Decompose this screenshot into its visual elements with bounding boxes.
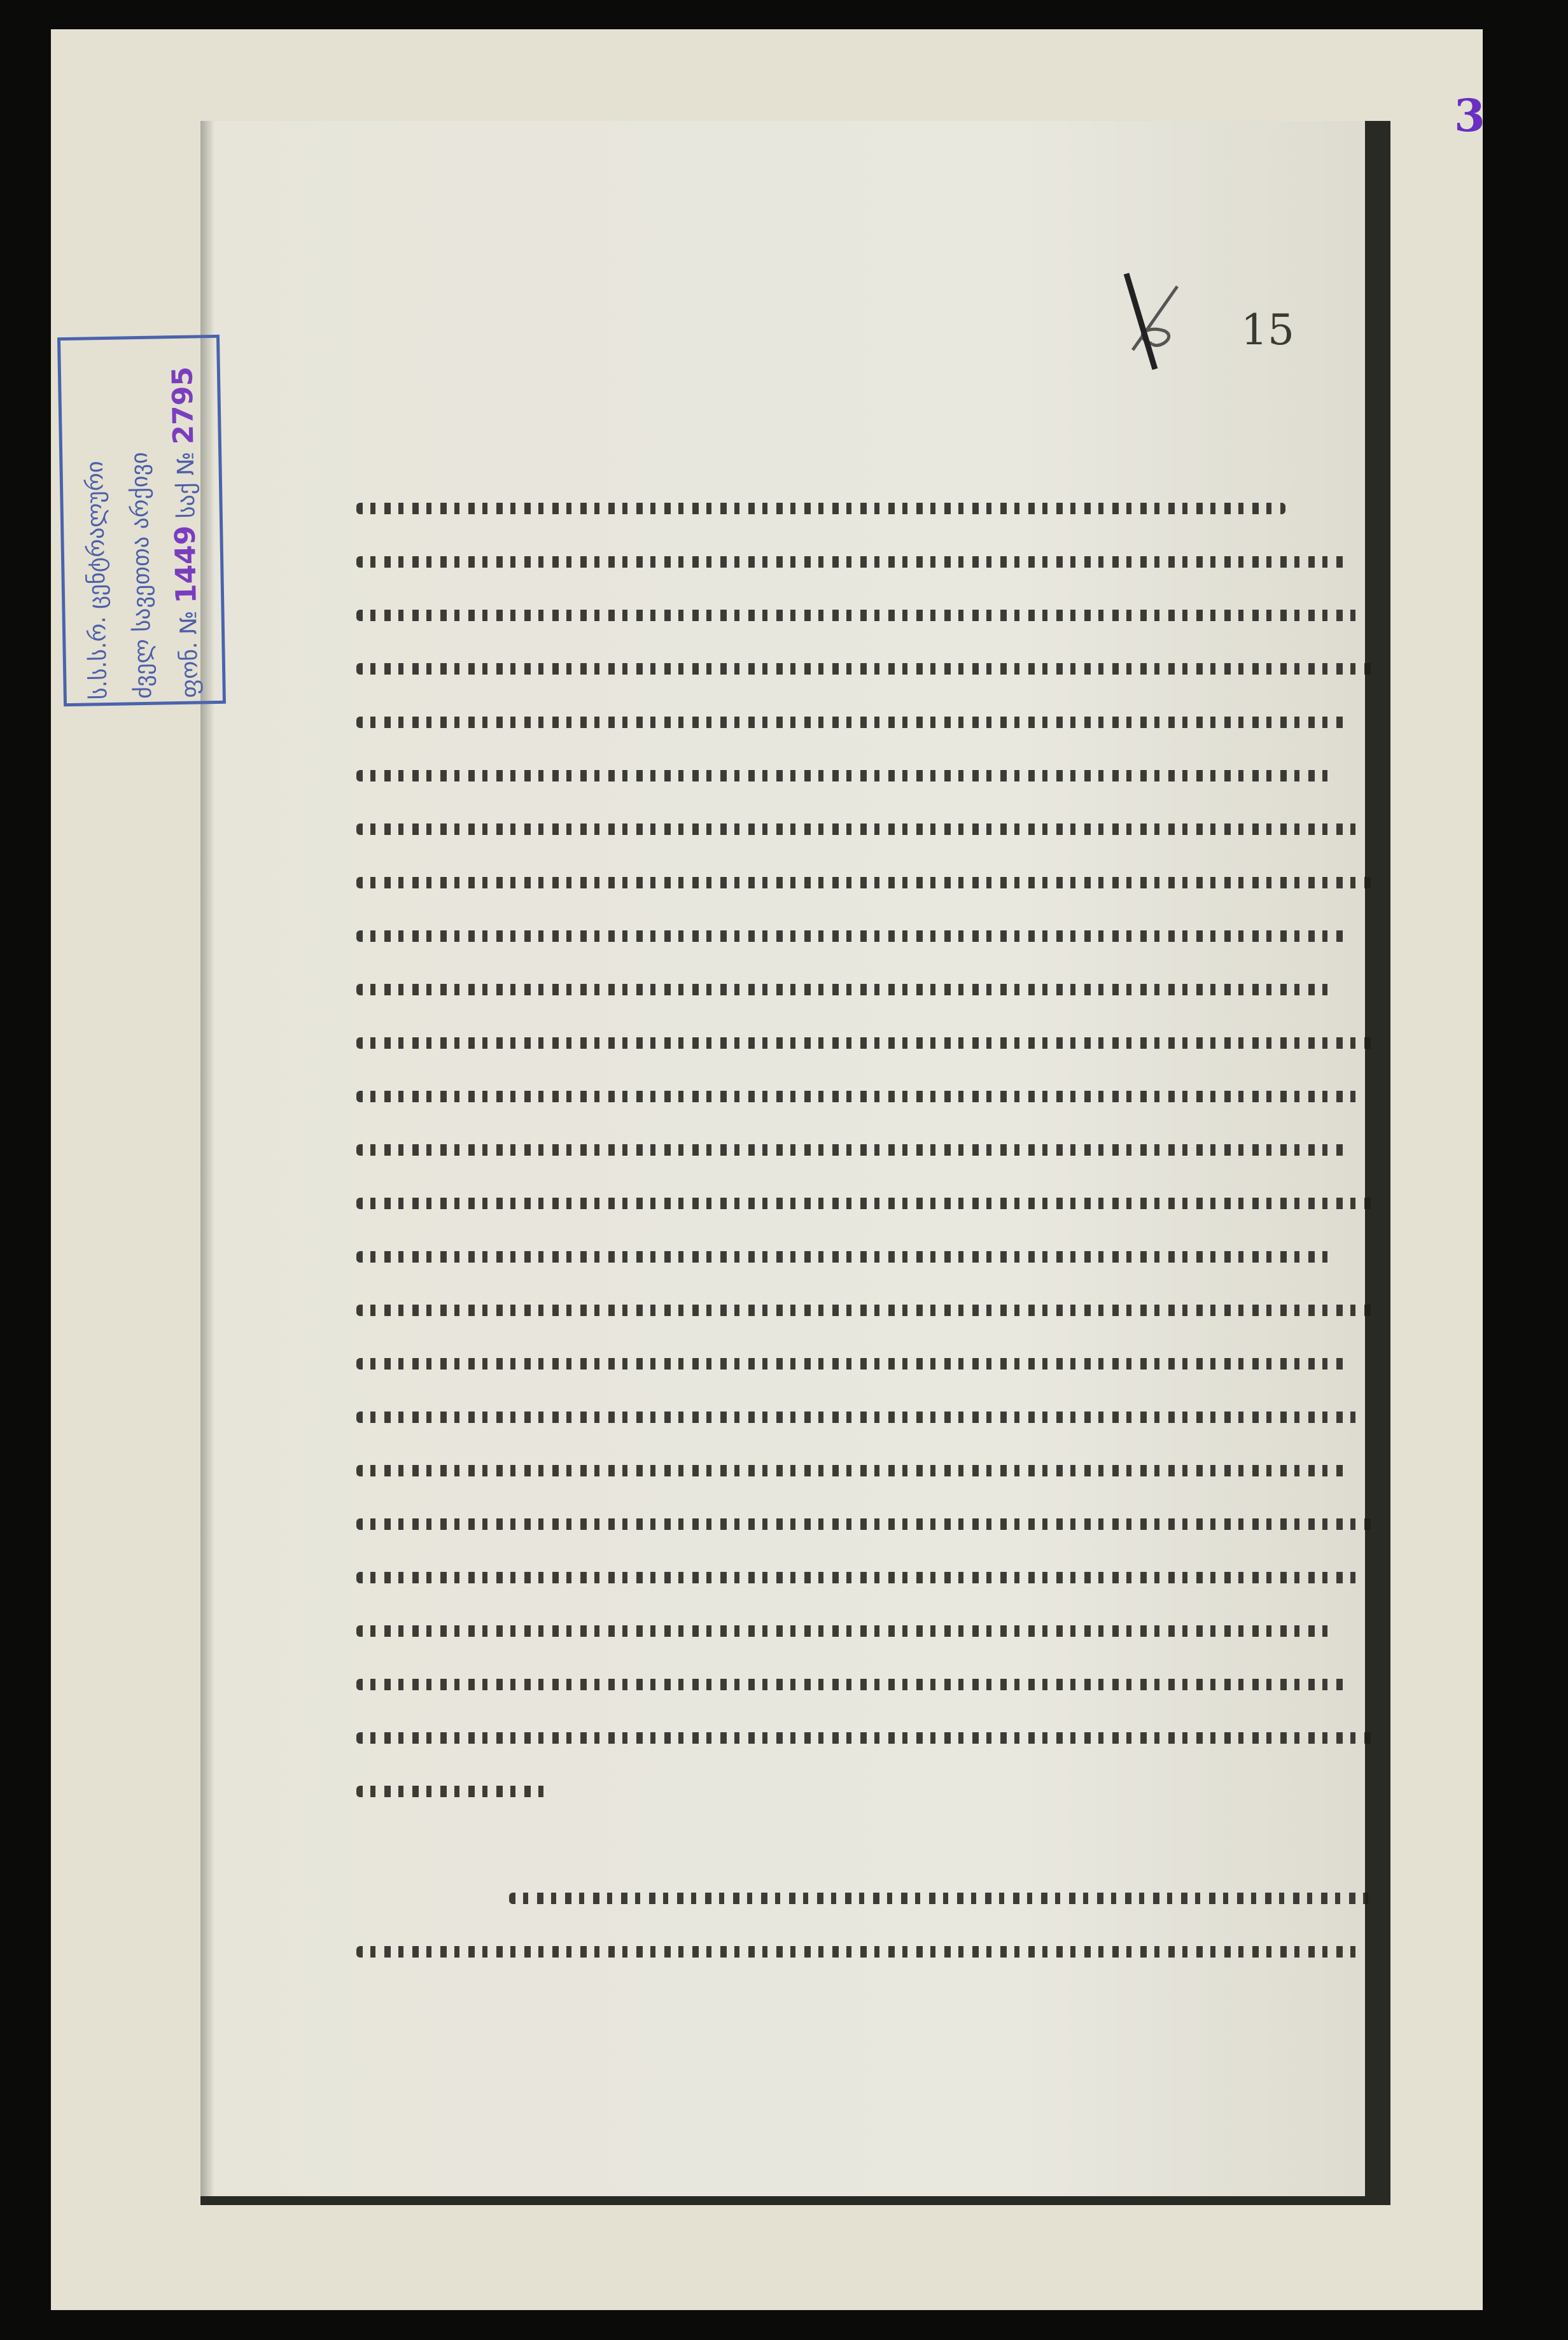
handwritten-line	[356, 484, 1362, 537]
handwriting-ink	[356, 1251, 1336, 1263]
handwriting-ink	[356, 717, 1349, 728]
handwritten-line	[356, 1339, 1362, 1392]
handwritten-line	[356, 1125, 1362, 1179]
handwritten-line	[356, 1018, 1362, 1072]
handwriting-ink	[356, 877, 1375, 888]
stamp-line-1: ს.ს.ს.რ. ცენტრალური	[71, 343, 122, 700]
handwritten-line	[356, 1660, 1362, 1713]
handwriting-ink	[356, 1625, 1336, 1637]
handwriting-ink	[356, 1144, 1349, 1156]
handwriting-ink	[356, 663, 1375, 675]
handwritten-line	[356, 697, 1362, 751]
handwritten-line	[356, 1232, 1362, 1286]
handwriting-ink	[356, 1037, 1375, 1049]
pencil-page-mark: 15	[1107, 267, 1298, 382]
handwriting-ink	[356, 1305, 1375, 1316]
handwritten-line	[356, 1392, 1362, 1446]
handwriting-ink	[356, 1518, 1375, 1530]
handwritten-line	[356, 644, 1362, 697]
handwriting-ink	[356, 1198, 1375, 1209]
handwriting-ink	[356, 930, 1349, 942]
handwriting-ink	[356, 1091, 1362, 1102]
handwritten-line	[356, 1179, 1362, 1232]
stamp-line-3: ფონ. № 1449 საქ № 2795	[160, 341, 213, 698]
handwritten-line	[356, 911, 1362, 965]
handwriting-ink	[356, 610, 1362, 621]
file-number: 2795	[166, 367, 200, 445]
handwritten-line	[356, 1446, 1362, 1499]
handwriting-ink	[356, 503, 1285, 514]
handwritten-line	[356, 804, 1362, 858]
handwriting-ink	[356, 1786, 547, 1797]
handwritten-line	[356, 1553, 1362, 1606]
handwriting-ink	[356, 770, 1336, 781]
handwritten-line	[356, 1606, 1362, 1660]
handwriting-ink	[356, 1679, 1349, 1690]
handwritten-line	[356, 965, 1362, 1018]
handwritten-line	[356, 1767, 1362, 1820]
handwriting-ink	[356, 556, 1349, 568]
struck-number-icon	[1107, 267, 1203, 375]
handwritten-line	[356, 537, 1362, 591]
page-number-pencil: 15	[1241, 305, 1294, 354]
handwritten-line	[356, 1072, 1362, 1125]
handwritten-line	[356, 1286, 1362, 1339]
handwritten-line	[356, 1874, 1362, 1927]
handwriting-ink	[356, 1465, 1349, 1476]
handwriting-ink	[356, 1572, 1362, 1583]
handwritten-line	[356, 751, 1362, 804]
stamp-line-2: ძველ სავეთთა არქივი	[115, 342, 166, 699]
handwriting-ink	[356, 1358, 1349, 1370]
fond-number: 1449	[169, 525, 202, 603]
handwriting-ink	[356, 1732, 1375, 1744]
handwriting-ink	[356, 823, 1362, 835]
folio-number: 3	[1454, 89, 1485, 142]
handwritten-body	[356, 484, 1362, 1980]
handwritten-line	[356, 1713, 1362, 1767]
archive-stamp: ს.ს.ს.რ. ცენტრალური ძველ სავეთთა არქივი …	[57, 335, 226, 706]
handwritten-line	[356, 1927, 1362, 1980]
handwritten-line	[356, 858, 1362, 911]
handwriting-ink	[509, 1893, 1375, 1904]
handwritten-line	[356, 591, 1362, 644]
handwritten-line	[356, 1820, 1362, 1874]
handwritten-line	[356, 1499, 1362, 1553]
handwriting-ink	[356, 1412, 1362, 1423]
handwriting-ink	[356, 1946, 1362, 1958]
handwriting-ink	[356, 984, 1336, 995]
